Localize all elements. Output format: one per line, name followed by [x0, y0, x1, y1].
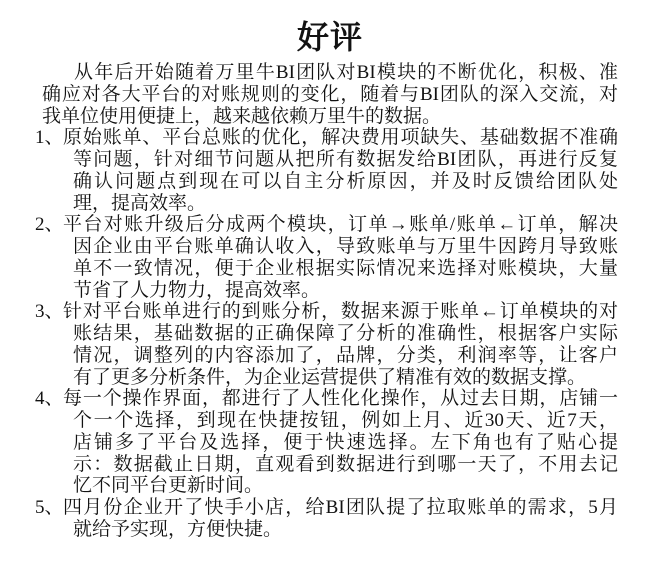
text-line: 忆不同平台更新时间。 [73, 475, 618, 497]
text-line: 确应对各大平台的对账规则的变化，随着与BI团队的深入交流，对 [42, 84, 618, 106]
text-line: 等问题，针对细节问题从把所有数据发给BI团队，再进行反复 [73, 149, 618, 171]
document-title: 好评 [0, 18, 660, 56]
document-page: 好评 从年后开始随着万里牛BI团队对BI模块的不断优化，积极、准 确应对各大平台… [0, 0, 660, 573]
text-line: 店铺多了平台及选择，便于快速选择。左下角也有了贴心提 [73, 432, 618, 454]
text-line: 个一个选择，到现在快捷按钮，例如上月、近30天、近7天， [73, 410, 618, 432]
text-line: 针对平台账单进行的到账分析，数据来源于账单←订单模块的对 [63, 301, 618, 323]
list-item-number: 5、 [35, 497, 64, 519]
text-line: 账结果，基础数据的正确保障了分析的准确性，根据客户实际 [73, 323, 618, 345]
text-line: 就给予实现，方便快捷。 [73, 519, 618, 541]
list-item-3: 3、 针对平台账单进行的到账分析，数据来源于账单←订单模块的对 账结果，基础数据… [0, 301, 660, 388]
list-item-2: 2、 平台对账升级后分成两个模块，订单→账单/账单←订单，解决 因企业由平台账单… [0, 214, 660, 301]
list-item-number: 2、 [35, 214, 64, 236]
text-line: 原始账单、平台总账的优化，解决费用项缺失、基础数据不准确 [63, 127, 618, 149]
text-line: 理，提高效率。 [73, 193, 618, 215]
text-line: 我单位使用便捷上，越来越依赖万里牛的数据。 [42, 106, 618, 128]
text-line: 因企业由平台账单确认收入，导致账单与万里牛因跨月导致账 [73, 236, 618, 258]
text-line: 节省了人力物力，提高效率。 [73, 280, 618, 302]
list-item-5: 5、 四月份企业开了快手小店，给BI团队提了拉取账单的需求，5月 就给予实现，方… [0, 497, 660, 541]
text-line: 有了更多分析条件，为企业运营提供了精准有效的数据支撑。 [73, 367, 618, 389]
text-line: 情况，调整列的内容添加了，品牌，分类，利润率等，让客户 [73, 345, 618, 367]
list-item-number: 3、 [35, 301, 64, 323]
text-line: 四月份企业开了快手小店，给BI团队提了拉取账单的需求，5月 [63, 497, 618, 519]
text-line: 确认问题点到现在可以自主分析原因，并及时反馈给团队处 [73, 171, 618, 193]
text-line: 每一个操作界面，都进行了人性化化操作，从过去日期，店铺一 [63, 388, 618, 410]
text-line: 平台对账升级后分成两个模块，订单→账单/账单←订单，解决 [63, 214, 618, 236]
list-item-number: 1、 [35, 127, 64, 149]
list-item-number: 4、 [35, 388, 64, 410]
text-line: 示：数据截止日期，直观看到数据进行到哪一天了，不用去记 [73, 454, 618, 476]
list-item-4: 4、 每一个操作界面，都进行了人性化化操作，从过去日期，店铺一 个一个选择，到现… [0, 388, 660, 497]
text-line: 单不一致情况，便于企业根据实际情况来选择对账模块，大量 [73, 258, 618, 280]
list-item-1: 1、 原始账单、平台总账的优化，解决费用项缺失、基础数据不准确 等问题，针对细节… [0, 127, 660, 214]
text-line: 从年后开始随着万里牛BI团队对BI模块的不断优化，积极、准 [74, 62, 618, 84]
document-body: 从年后开始随着万里牛BI团队对BI模块的不断优化，积极、准 确应对各大平台的对账… [0, 62, 660, 541]
intro-paragraph: 从年后开始随着万里牛BI团队对BI模块的不断优化，积极、准 确应对各大平台的对账… [0, 62, 660, 127]
